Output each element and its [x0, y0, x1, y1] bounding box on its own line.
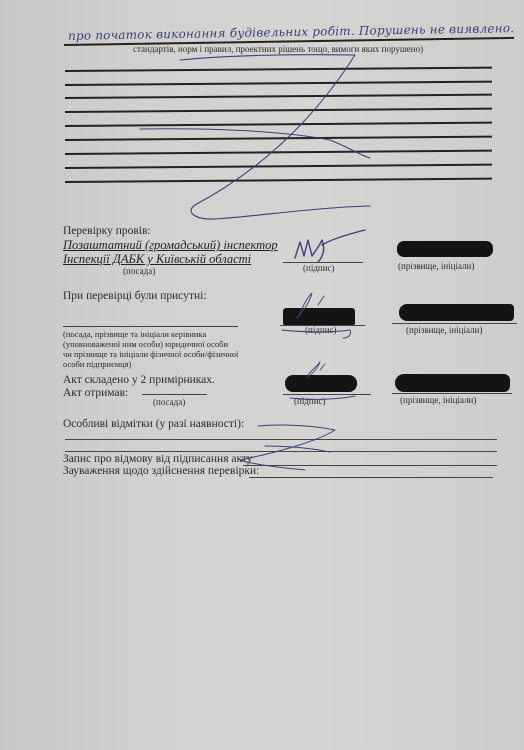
ruled-line: [65, 67, 492, 72]
present-signature-redaction: [283, 308, 355, 326]
remarks-label: Зауваження щодо здійснення перевірки:: [63, 465, 259, 477]
remarks-line: [249, 477, 493, 478]
received-label: Акт отримав:: [63, 387, 128, 399]
received-position-line: [142, 394, 207, 395]
received-signature-line: [283, 394, 371, 395]
received-position-caption: (посада): [153, 397, 185, 407]
inspector-position-caption: (посада): [123, 266, 155, 276]
ruled-line: [65, 122, 492, 127]
inspector-position-line2: Інспекції ДАБК у Київській області: [63, 252, 251, 267]
ruled-line: [65, 178, 492, 183]
special-notes-line2: [65, 451, 497, 452]
present-caption-line4: особи підприємця): [63, 359, 131, 370]
received-name-redaction: [395, 374, 510, 392]
present-name-redaction: [399, 304, 514, 321]
ruled-line: [65, 136, 492, 141]
present-signature-caption: (підпис): [305, 325, 337, 335]
received-signature-redaction: [285, 375, 357, 392]
ruled-line: [65, 164, 492, 169]
inspector-name-redaction: [397, 241, 493, 257]
received-signature-caption: (підпис): [294, 396, 326, 406]
ruled-line: [65, 94, 492, 99]
inspection-act-page: про початок виконання будівельних робіт.…: [0, 0, 524, 750]
refusal-line: [243, 465, 497, 466]
present-caption-line2: (уповноваженої ним особи) юридичної особ…: [63, 339, 228, 350]
ruled-line: [65, 81, 492, 86]
inspector-signature-caption: (підпис): [303, 263, 335, 273]
present-caption-line3: чи прізвище та ініціали фізичної особи/ф…: [63, 349, 238, 360]
ruled-line: [65, 150, 492, 155]
present-name-caption: (прізвище, ініціали): [406, 325, 482, 335]
present-caption-line1: (посада, прізвище та ініціали керівника: [63, 329, 206, 340]
present-position-line: [63, 326, 238, 327]
refusal-label: Запис про відмову від підписання акту: [63, 453, 253, 465]
copies-text: Акт складено у 2 примірниках.: [63, 374, 215, 386]
inspector-label: Перевірку провів:: [63, 225, 151, 237]
standards-caption: стандартів, норм і правил, проектних ріш…: [133, 44, 423, 54]
present-name-line: [392, 323, 517, 324]
special-notes-line1: [65, 439, 497, 440]
received-name-line: [392, 393, 512, 394]
inspector-name-caption: (прізвище, ініціали): [398, 261, 474, 271]
inspector-position-line1: Позаштатний (громадський) інспектор: [63, 238, 278, 253]
received-name-caption: (прізвище, ініціали): [400, 395, 476, 405]
ruled-line: [65, 108, 492, 113]
present-label: При перевірці були присутні:: [63, 290, 207, 302]
special-notes-label: Особливі відмітки (у разі наявності):: [63, 418, 244, 430]
